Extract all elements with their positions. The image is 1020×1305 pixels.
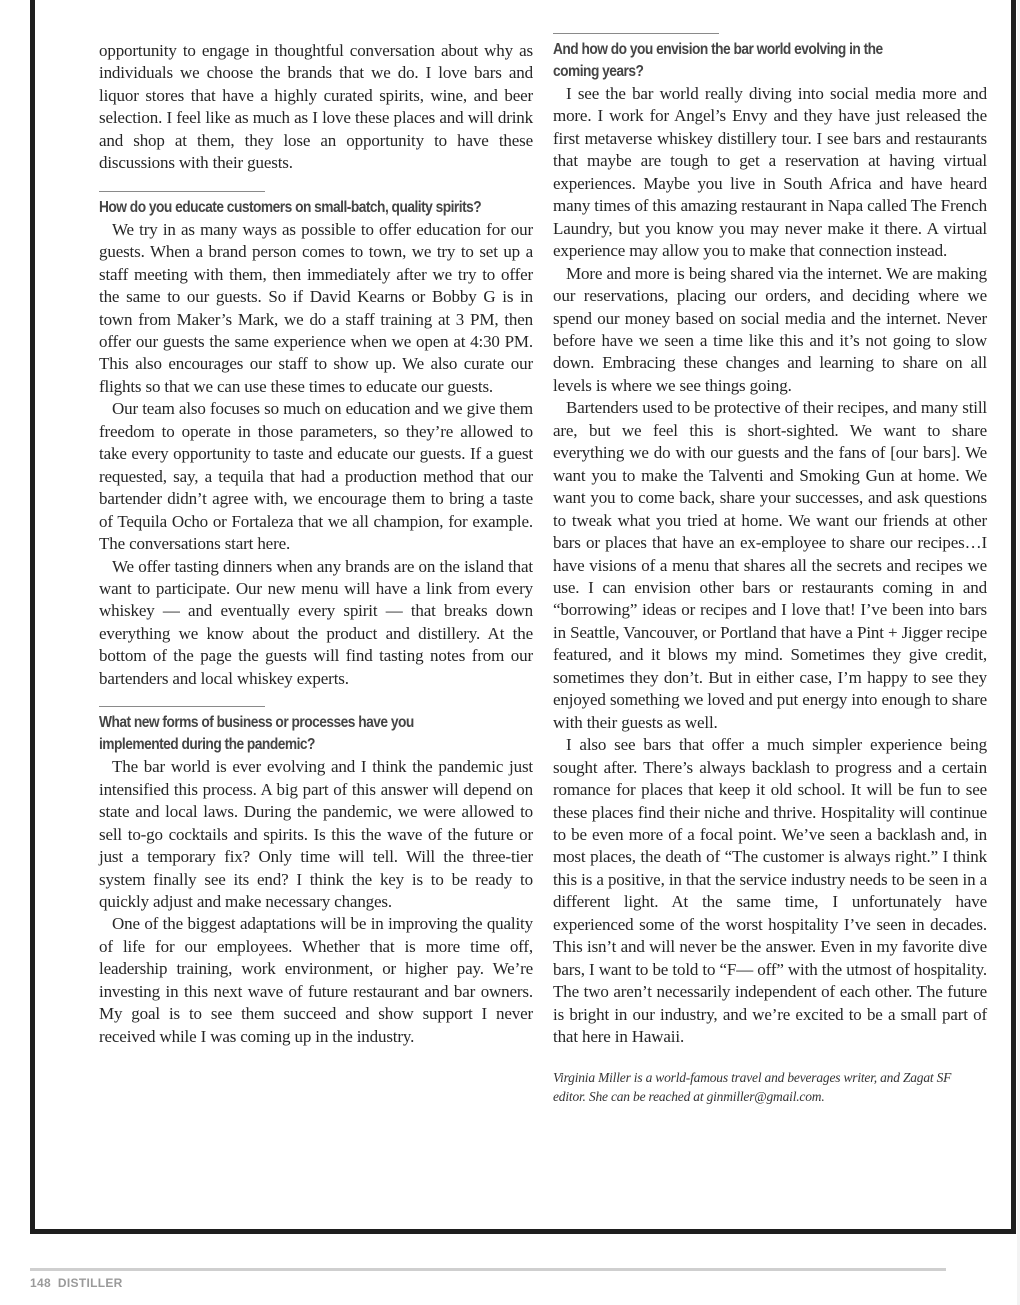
page-number: 148 [30, 1276, 51, 1290]
magazine-name: DISTILLER [58, 1276, 123, 1290]
body-paragraph: Bartenders used to be protective of thei… [553, 397, 987, 734]
right-column: And how do you envision the bar world ev… [553, 33, 987, 1106]
section-heading-pandemic: What new forms of business or processes … [99, 712, 529, 756]
heading-line: What new forms of business or processes … [99, 712, 460, 756]
body-paragraph: I see the bar world really diving into s… [553, 83, 987, 263]
article-frame: opportunity to engage in thoughtful conv… [30, 0, 1016, 1234]
body-paragraph: The bar world is ever evolving and I thi… [99, 756, 533, 913]
left-column: opportunity to engage in thoughtful conv… [99, 40, 533, 1048]
body-paragraph: I also see bars that offer a much simple… [553, 734, 987, 1048]
heading-line-1: And how do you envision the bar world ev… [553, 39, 983, 61]
body-paragraph: More and more is being shared via the in… [553, 263, 987, 398]
body-paragraph: One of the biggest adaptations will be i… [99, 913, 533, 1048]
body-paragraph: We offer tasting dinners when any brands… [99, 556, 533, 691]
body-paragraph: Our team also focuses so much on educati… [99, 398, 533, 555]
intro-paragraph: opportunity to engage in thoughtful conv… [99, 40, 533, 175]
author-bio: Virginia Miller is a world-famous travel… [553, 1068, 987, 1106]
heading-line-2: coming years? [553, 61, 983, 83]
body-paragraph: We try in as many ways as possible to of… [99, 219, 533, 399]
page-footer: 148DISTILLER [30, 1276, 130, 1290]
footer-divider [30, 1268, 946, 1271]
section-heading-education: How do you educate customers on small-ba… [99, 197, 529, 219]
section-heading-future: And how do you envision the bar world ev… [553, 39, 983, 83]
